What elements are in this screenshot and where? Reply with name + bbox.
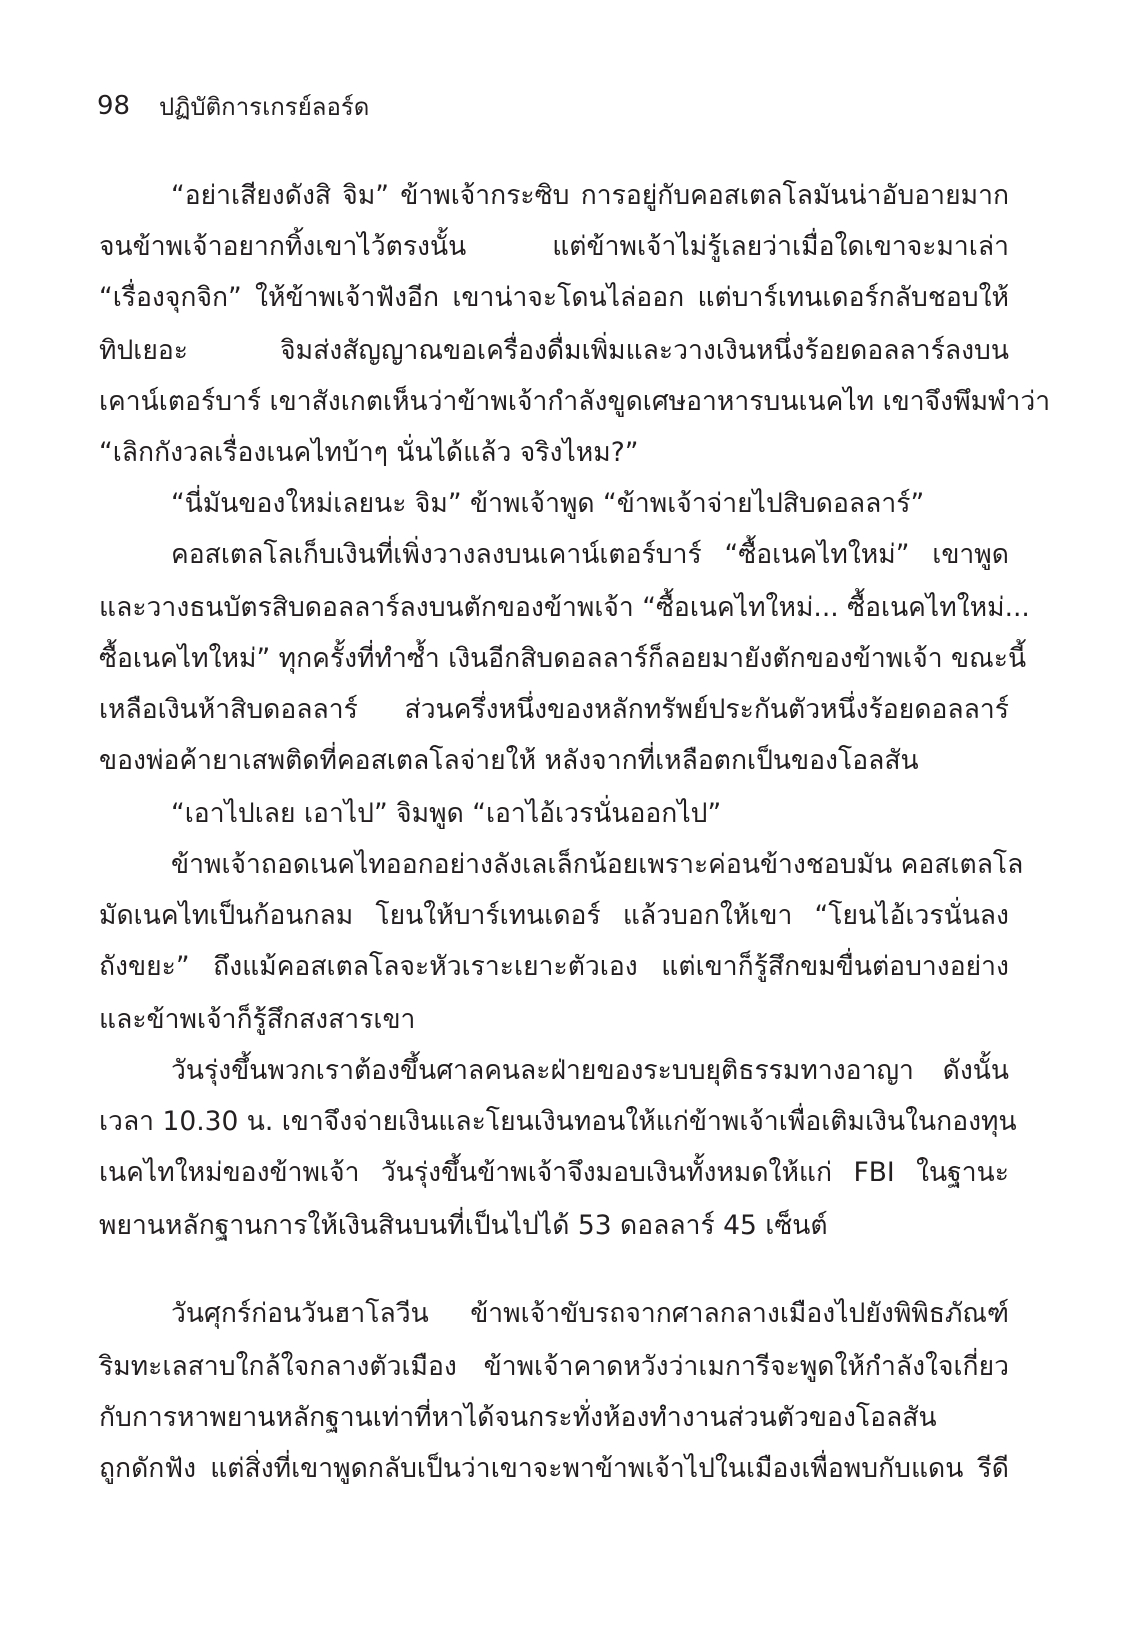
text-line: “เลิกกังวลเรื่องเนคไทบ้าๆ นั่นได้แล้ว จร… (99, 433, 1009, 473)
body-text: “อย่าเสียงดังสิ จิม” ข้าพเจ้ากระซิบ การอ… (0, 0, 1126, 1638)
text-line: คอสเตลโลเก็บเงินที่เพิ่งวางลงบนเคาน์เตอร… (171, 535, 1009, 575)
text-line: วันศุกร์ก่อนวันฮาโลวีน ข้าพเจ้าขับรถจากศ… (171, 1294, 1009, 1334)
text-line: เนคไทใหม่ของข้าพเจ้า วันรุ่งขึ้นข้าพเจ้า… (99, 1153, 1009, 1193)
text-line: “เอาไปเลย เอาไป” จิมพูด “เอาไอ้เวรนั่นออ… (171, 794, 1009, 834)
text-line: ของพ่อค้ายาเสพติดที่คอสเตลโลจ่ายให้ หลัง… (99, 741, 1009, 781)
text-line: ริมทะเลสาบใกล้ใจกลางตัวเมือง ข้าพเจ้าคาด… (99, 1347, 1009, 1387)
text-line: ถังขยะ” ถึงแม้คอสเตลโลจะหัวเราะเยาะตัวเอ… (99, 947, 1009, 987)
text-line: เคาน์เตอร์บาร์ เขาสังเกตเห็นว่าข้าพเจ้าก… (99, 382, 1009, 422)
text-line: “อย่าเสียงดังสิ จิม” ข้าพเจ้ากระซิบ การอ… (171, 176, 1009, 216)
text-line: “นี่มันของใหม่เลยนะ จิม” ข้าพเจ้าพูด “ข้… (171, 484, 1009, 524)
text-line: กับการหาพยานหลักฐานเท่าที่หาได้จนกระทั่ง… (99, 1398, 1009, 1438)
text-line: มัดเนคไทเป็นก้อนกลม โยนให้บาร์เทนเดอร์ แ… (99, 896, 1009, 936)
text-line: และข้าพเจ้าก็รู้สึกสงสารเขา (99, 1000, 1009, 1040)
text-line: จนข้าพเจ้าอยากทิ้งเขาไว้ตรงนั้น แต่ข้าพเ… (99, 227, 1009, 267)
text-line: พยานหลักฐานการให้เงินสินบนที่เป็นไปได้ 5… (99, 1206, 1009, 1246)
text-line: เหลือเงินห้าสิบดอลลาร์ ส่วนครึ่งหนึ่งของ… (99, 690, 1009, 730)
text-line: ทิปเยอะ จิมส่งสัญญาณขอเครื่องดื่มเพิ่มแล… (99, 331, 1009, 371)
text-line: และวางธนบัตรสิบดอลลาร์ลงบนตักของข้าพเจ้า… (99, 588, 1009, 628)
text-line: ซื้อเนคไทใหม่” ทุกครั้งที่ทำซ้ำ เงินอีกส… (99, 639, 1009, 679)
text-line: วันรุ่งขึ้นพวกเราต้องขึ้นศาลคนละฝ่ายของร… (171, 1051, 1009, 1091)
text-line: “เรื่องจุกจิก” ให้ข้าพเจ้าฟังอีก เขาน่าจ… (99, 278, 1009, 318)
text-line: ข้าพเจ้าถอดเนคไทออกอย่างลังเลเล็กน้อยเพร… (171, 845, 1009, 885)
text-line: ถูกดักฟัง แต่สิ่งที่เขาพูดกลับเป็นว่าเขา… (99, 1449, 1009, 1489)
text-line: เวลา 10.30 น. เขาจึงจ่ายเงินและโยนเงินทอ… (99, 1102, 1009, 1142)
